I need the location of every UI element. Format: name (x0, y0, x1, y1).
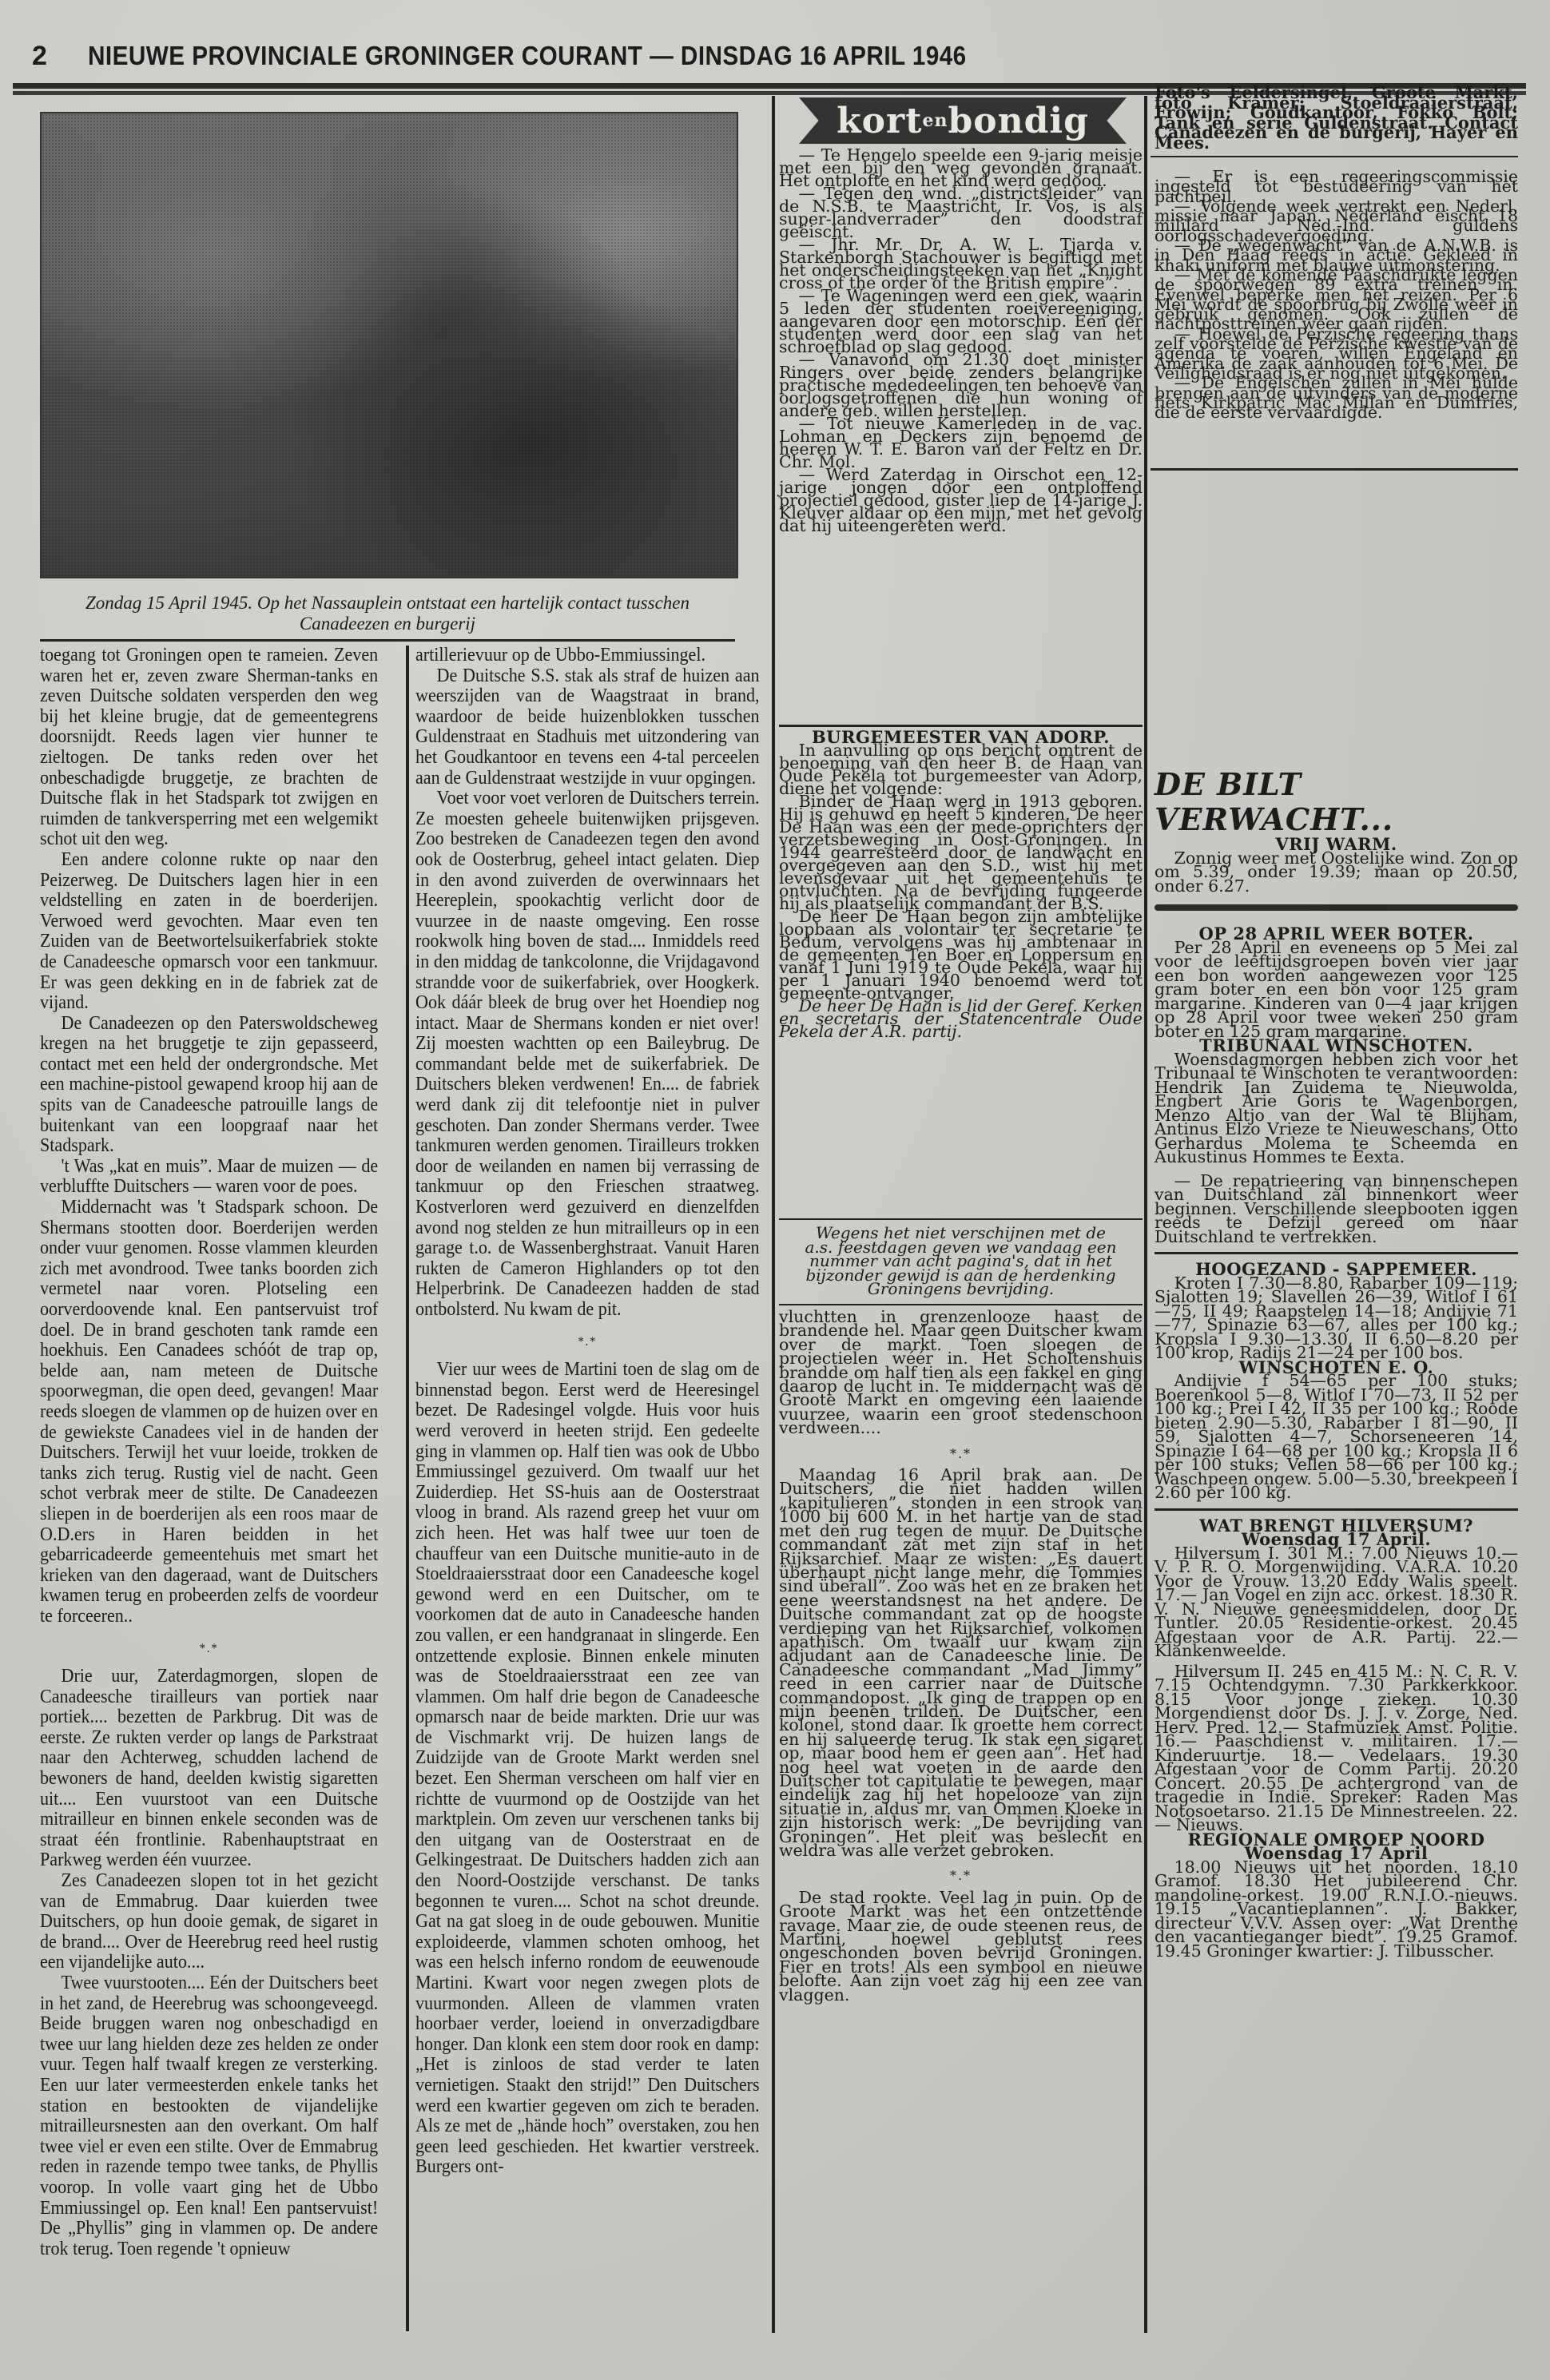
news-item: — Jhr. Mr. Dr. A. W. L. Tjarda v. Starke… (779, 238, 1143, 289)
article-paragraph: Binder de Haan werd in 1913 geboren. Hij… (779, 795, 1143, 910)
burgemeester-article: BURGEMEESTER VAN ADORP. In aanvulling op… (779, 731, 1143, 1038)
boter-text: Per 28 April en eveneens op 5 Mei zal vo… (1155, 941, 1518, 1039)
news-item: — Tot nieuwe Kamerleden in de vac. Lohma… (779, 417, 1143, 468)
article-column-3: vluchtten in grenzenlooze haast de brand… (779, 1310, 1143, 2002)
regionale-programme: 18.00 Nieuws uit het noorden. 18.10 Gram… (1155, 1861, 1518, 1959)
banner-small-e: e (922, 110, 934, 131)
weather-box: DE BILT VERWACHT... VRIJ WARM. Zonnig we… (1155, 767, 1518, 1958)
article-paragraph: Een andere colonne rukte op naar den Pei… (40, 850, 378, 1014)
notice-text: Wegens het niet verschijnen met de a.s. … (779, 1226, 1143, 1297)
winschoten-prices: Andijvie f 54—65 per 100 stuks; Boerenko… (1155, 1374, 1518, 1500)
news-item: — Met de komende Paaschdrukte leggen de … (1155, 270, 1518, 329)
wavy-rule (1155, 904, 1518, 911)
banner-text-right: bondig (948, 101, 1088, 141)
kort-en-bondig-banner: kortenbondig (799, 97, 1127, 144)
caption-rule (40, 639, 735, 642)
banner-small-n: n (934, 110, 948, 131)
weather-text: Zonnig weer met Oostelijke wind. Zon op … (1155, 852, 1518, 894)
notice-rule-bottom (779, 1304, 1143, 1305)
notice-rule-top (779, 1218, 1143, 1220)
hoogezand-prices: Kroten I 7.30—8.80, Rabarber 109—119; Sj… (1155, 1277, 1518, 1361)
section-rule (1155, 1252, 1518, 1254)
column-divider (406, 646, 409, 2331)
photo-credits: Foto's Eeldersingel, Groote Markt, foto … (1155, 88, 1518, 148)
hilversum-1-programme: Hilversum I. 301 M.: 7.00 Nieuws 10.— V.… (1155, 1547, 1518, 1659)
repatriering-text: — De repatrieering van binnenschepen van… (1155, 1174, 1518, 1245)
section-separator: *.* (40, 1639, 378, 1659)
article-paragraph: Voet voor voet verloren de Duitschers te… (415, 789, 760, 1320)
column-divider (1144, 96, 1147, 2333)
news-item: — Werd Zaterdag in Oirschot een 12-jarig… (779, 468, 1143, 532)
news-item: — De Engelschen zullen in Mei hulde bren… (1155, 378, 1518, 417)
section-rule (1151, 156, 1518, 157)
news-item: — Vanavond om 21.30 doet minister Ringer… (779, 353, 1143, 417)
hilversum-2-programme: Hilversum II. 245 en 415 M.: N. C. R. V.… (1155, 1665, 1518, 1833)
photo-credits-text: Foto's Eeldersingel, Groote Markt, foto … (1155, 88, 1518, 148)
notice-box: Wegens het niet verschijnen met de a.s. … (779, 1226, 1143, 1297)
news-list-right: — Er is een regeeringscommissie ingestel… (1155, 172, 1518, 417)
news-item: — Volgende week vertrekt een Nederl. mis… (1155, 201, 1518, 240)
article-paragraph: 't Was „kat en muis”. Maar de muizen — d… (40, 1157, 378, 1198)
masthead: 2 NIEUWE PROVINCIALE GRONINGER COURANT —… (32, 32, 1518, 80)
article-paragraph: Twee vuurstooten.... Eén der Duitschers … (40, 1973, 378, 2259)
article-paragraph: De heer De Haan begon zijn ambtelijke lo… (779, 910, 1143, 999)
section-rule (1155, 1508, 1518, 1511)
news-item: — Te Hengelo speelde een 9-jarig meisje … (779, 149, 1143, 187)
article-column-1: toegang tot Groningen open te rameien. Z… (40, 646, 378, 2259)
page-number: 2 (32, 41, 88, 72)
article-paragraph: De Canadeezen op den Paterswoldscheweg k… (40, 1014, 378, 1157)
news-item: — Hoewel de Perzische regeering thans ze… (1155, 329, 1518, 378)
section-separator: *.* (779, 1869, 1143, 1882)
section-separator: *.* (415, 1332, 760, 1353)
article-paragraph: De Duitsche S.S. stak als straf de huize… (415, 666, 760, 789)
newspaper-title: NIEUWE PROVINCIALE GRONINGER COURANT — D… (88, 41, 967, 71)
article-paragraph: Vier uur wees de Martini toen de slag om… (415, 1360, 760, 2178)
section-rule (1151, 468, 1518, 471)
tribunaal-text: Woensdagmorgen hebben zich voor het Trib… (1155, 1053, 1518, 1165)
news-item: — Tegen den wnd. „districtsleider” van d… (779, 187, 1143, 238)
photo-caption: Zondag 15 April 1945. Op het Nassauplein… (40, 593, 735, 634)
news-item: — Te Wageningen werd een giek, waarin 5 … (779, 289, 1143, 353)
photo-crowd-icon (40, 112, 738, 578)
article-paragraph: vluchtten in grenzenlooze haast de brand… (779, 1310, 1143, 1436)
article-paragraph: Zes Canadeezen slopen tot in het gezicht… (40, 1871, 378, 1973)
kort-en-bondig-list: — Te Hengelo speelde een 9-jarig meisje … (779, 149, 1143, 532)
article-paragraph: De stad rookte. Veel lag in puin. Op de … (779, 1891, 1143, 2002)
article-paragraph: toegang tot Groningen open te rameien. Z… (40, 646, 378, 850)
article-paragraph: artillerievuur op de Ubbo-Emmiussingel. (415, 646, 760, 666)
banner-text-left: kort (837, 101, 922, 141)
article-paragraph: Middernacht was 't Stadspark schoon. De … (40, 1198, 378, 1627)
section-separator: *.* (779, 1447, 1143, 1460)
article-paragraph: De heer De Haan is lid der Geref. Kerken… (779, 999, 1143, 1038)
article-paragraph: Maandag 16 April brak aan. De Duitschers… (779, 1468, 1143, 1858)
weather-title: DE BILT VERWACHT... (1155, 767, 1518, 837)
article-paragraph: In aanvulling op ons bericht omtrent de … (779, 744, 1143, 795)
article-column-2: artillerievuur op de Ubbo-Emmiussingel. … (415, 646, 760, 2178)
column-divider (772, 96, 775, 2333)
article-paragraph: Drie uur, Zaterdagmorgen, slopen de Cana… (40, 1667, 378, 1871)
